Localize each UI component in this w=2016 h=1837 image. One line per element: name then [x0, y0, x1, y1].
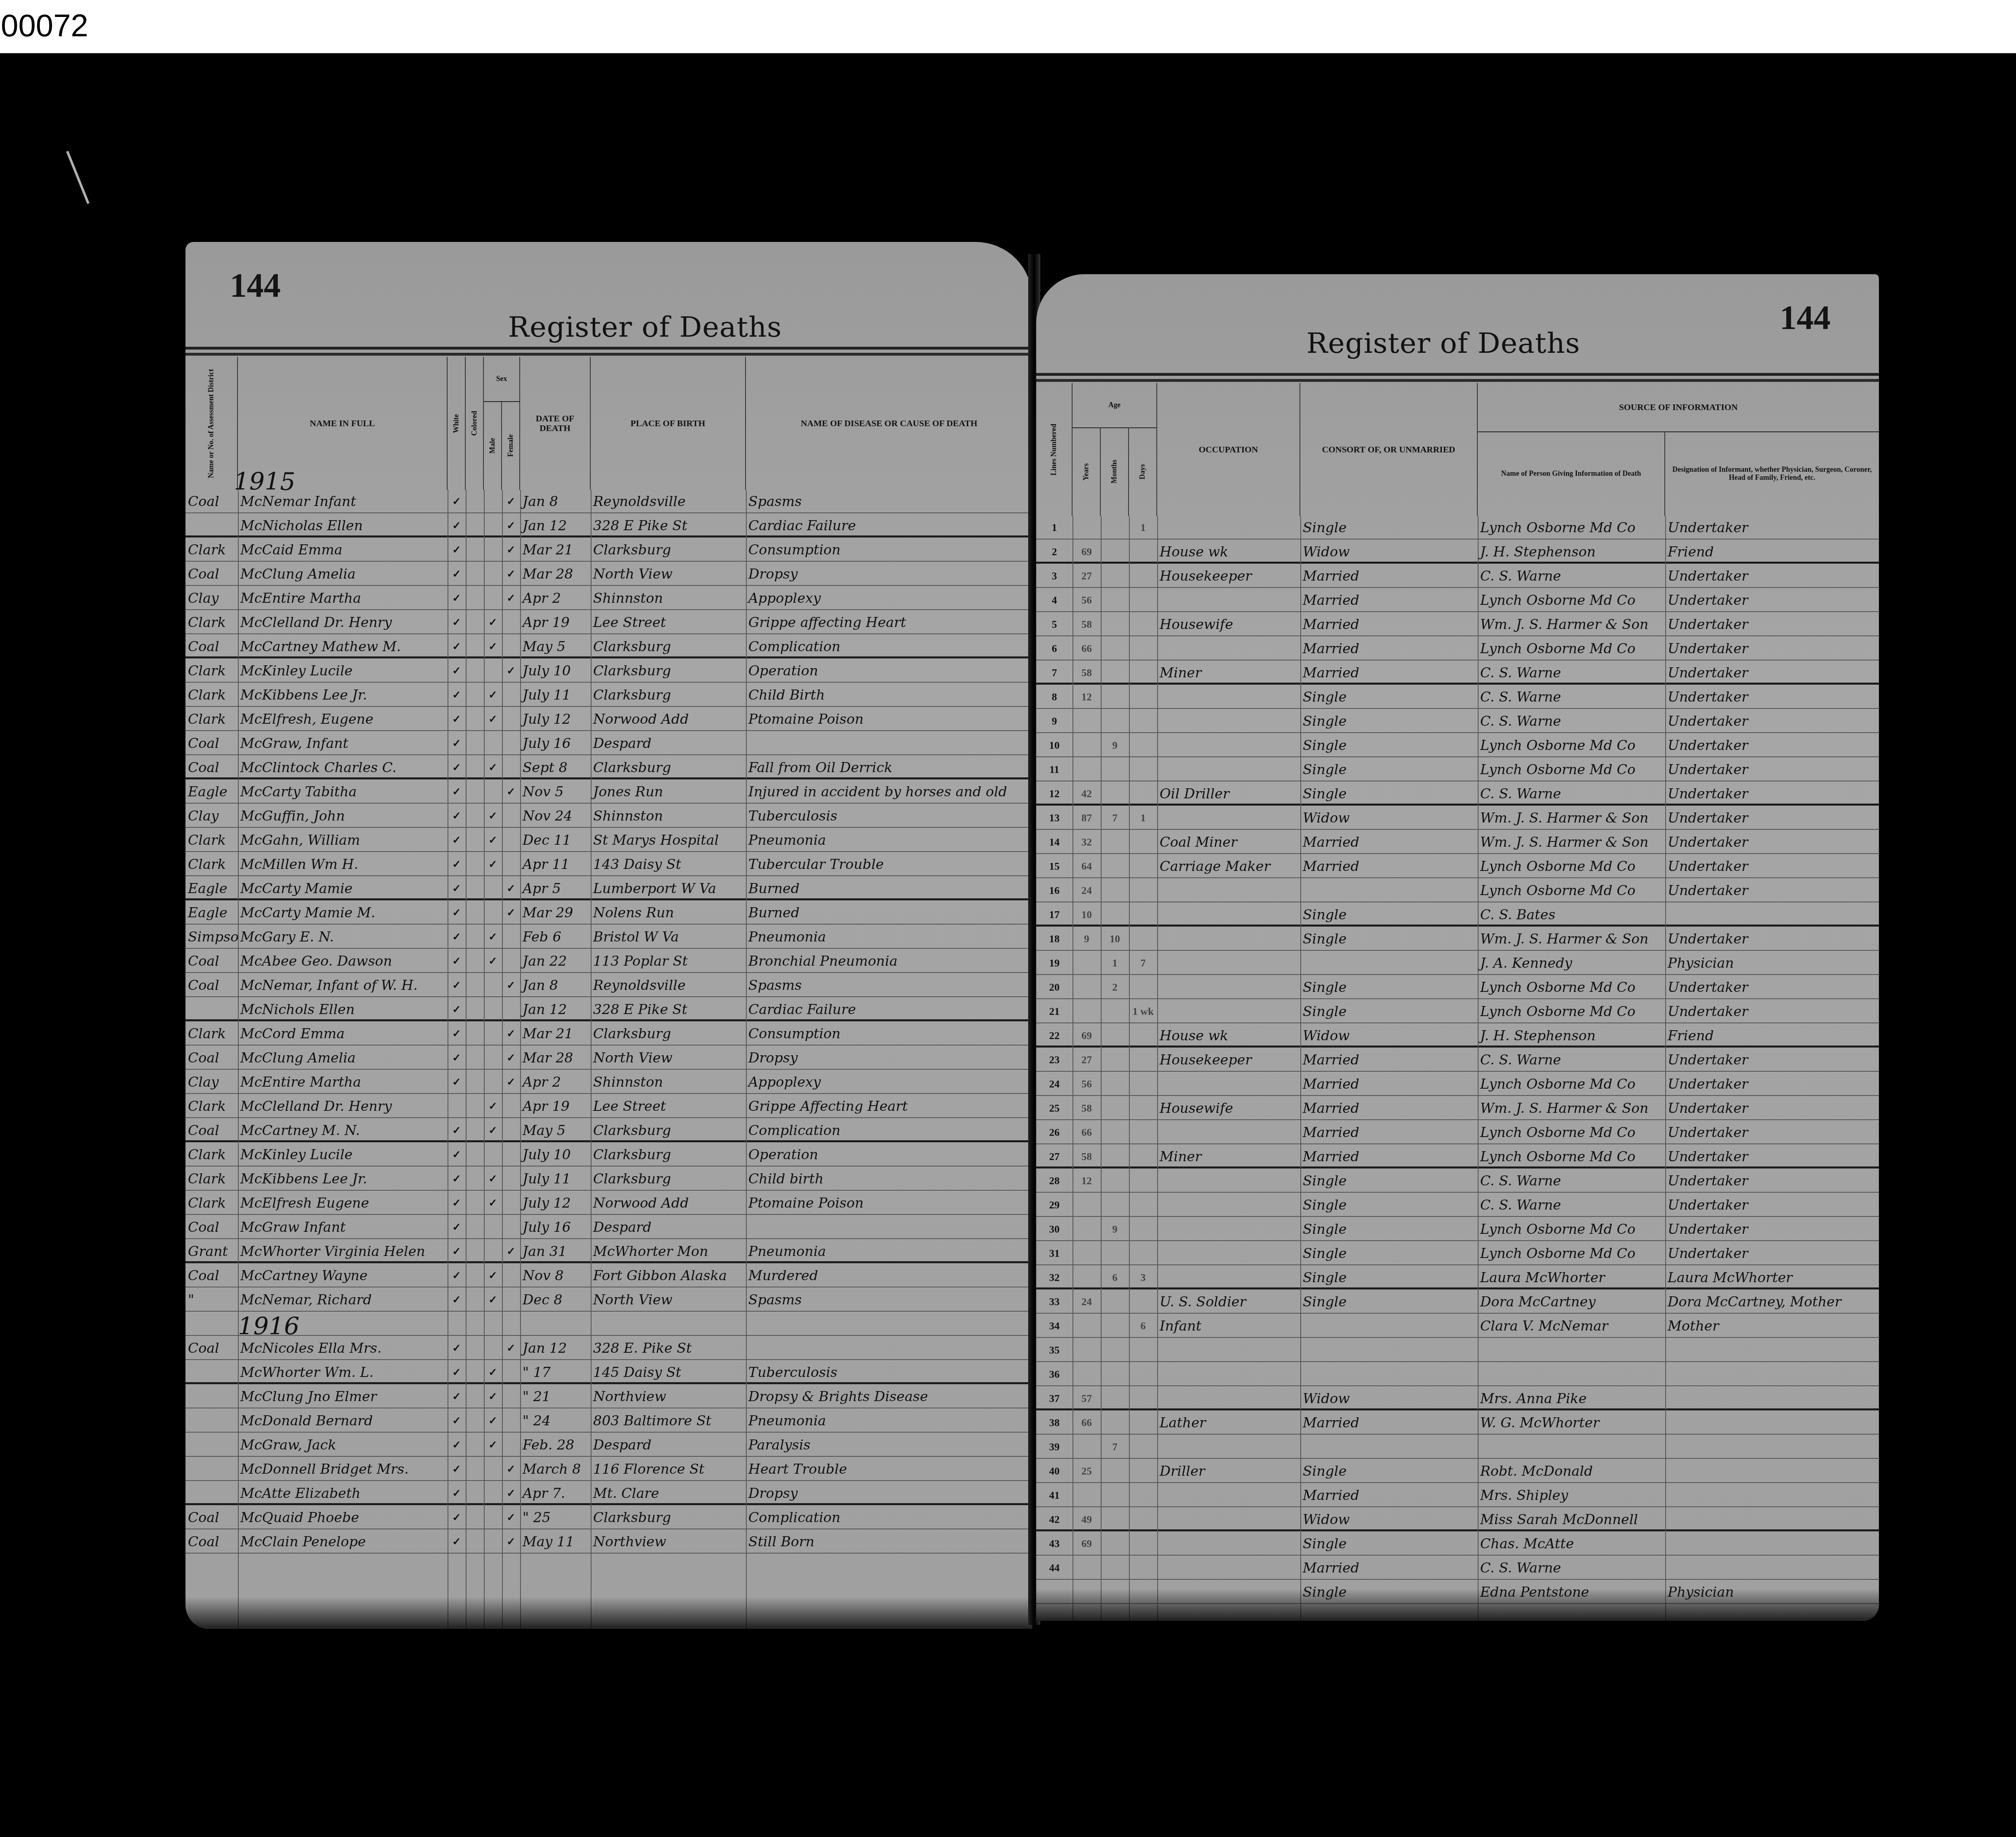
cell-informant: Wm. J. S. Harmer & Son [1478, 806, 1665, 830]
cell-date: July 12 [520, 708, 591, 731]
cell-days [1129, 1387, 1157, 1410]
cell-months [1101, 758, 1129, 781]
cell-designation: Undertaker [1665, 1193, 1879, 1217]
cell-consort [1300, 879, 1478, 902]
cell-days [1129, 661, 1157, 685]
table-row: EagleMcCarty Tabitha✓✓Nov 5Jones RunInju… [185, 780, 1032, 804]
cell-informant: Lynch Osborne Md Co [1478, 855, 1665, 878]
cell-cause: Operation [746, 1143, 1032, 1166]
cell-colored [466, 708, 484, 731]
cell-female: ✓ [502, 659, 520, 683]
cell-name: McGraw, Infant [238, 732, 448, 755]
cell-consort: Single [1300, 927, 1478, 951]
cell-cause: Consumption [746, 1022, 1032, 1046]
cell-date: Jan 22 [520, 950, 591, 973]
table-row: 456MarriedLynch Osborne Md CoUndertaker [1036, 589, 1879, 612]
cell-white: ✓ [448, 611, 466, 634]
cell-line: 41 [1036, 1484, 1073, 1507]
cell-occupation: Housekeeper [1157, 564, 1300, 588]
cell-place: Despard [591, 1216, 746, 1239]
cell-line: 40 [1036, 1460, 1073, 1483]
page-shadow [1036, 1589, 1879, 1621]
cell-days [1129, 879, 1157, 902]
cell-line: 15 [1036, 855, 1073, 878]
cell-cause: Spasms [746, 974, 1032, 997]
cell-line: 18 [1036, 927, 1073, 951]
cell-days [1129, 976, 1157, 999]
cell-informant: Wm. J. S. Harmer & Son [1478, 831, 1665, 854]
cell-female: ✓ [502, 1071, 520, 1094]
cell-days [1129, 1073, 1157, 1096]
cell-district: Clark [185, 829, 238, 852]
cell-days: 1 [1129, 806, 1157, 830]
cell-line: 27 [1036, 1145, 1073, 1168]
cell-female [502, 1167, 520, 1191]
cell-line: 35 [1036, 1339, 1073, 1362]
cell-colored [466, 925, 484, 949]
cell-cause [746, 1312, 1032, 1336]
cell-years [1073, 758, 1101, 781]
frame-header-bar: 00072 [0, 0, 2016, 53]
cell-informant: Laura McWhorter [1478, 1266, 1665, 1289]
cell-days [1129, 855, 1157, 878]
table-row: ClarkMcElfresh Eugene✓✓July 12Norwood Ad… [185, 1191, 1032, 1215]
cell-male: ✓ [484, 853, 502, 876]
cell-name: McQuaid Phoebe [238, 1506, 448, 1529]
cell-months [1101, 1556, 1129, 1580]
cell-district: Clark [185, 1022, 238, 1046]
cell-white: ✓ [448, 1506, 466, 1529]
cell-date: Apr 19 [520, 611, 591, 634]
cell-designation: Undertaker [1665, 734, 1879, 757]
cell-place: McWhorter Mon [591, 1240, 746, 1263]
cell-months: 10 [1101, 927, 1129, 951]
cell-designation [1665, 1363, 1879, 1386]
cell-line: 23 [1036, 1048, 1073, 1072]
cell-consort: Widow [1300, 1387, 1478, 1410]
cell-date: July 11 [520, 683, 591, 707]
cell-female: ✓ [502, 877, 520, 900]
cell-consort: Married [1300, 613, 1478, 636]
cell-male [484, 1240, 502, 1263]
cell-informant: Lynch Osborne Md Co [1478, 1121, 1665, 1144]
cell-white: ✓ [448, 1240, 466, 1263]
cell-colored [466, 998, 484, 1021]
cell-white: ✓ [448, 950, 466, 973]
cell-cause: Pneumonia [746, 1409, 1032, 1433]
cell-designation: Undertaker [1665, 1169, 1879, 1193]
cell-days [1129, 1484, 1157, 1507]
cell-white: ✓ [448, 1433, 466, 1457]
cell-years [1073, 1484, 1101, 1507]
cell-line: 2 [1036, 540, 1073, 564]
cell-cause: Spasms [746, 490, 1032, 513]
film-scratch [66, 151, 90, 204]
cell-years: 32 [1073, 831, 1101, 854]
cell-date: Apr 2 [520, 587, 591, 610]
cell-female [502, 708, 520, 731]
cell-years: 57 [1073, 1387, 1101, 1410]
cell-line: 42 [1036, 1508, 1073, 1531]
cell-colored [466, 587, 484, 610]
cell-months: 6 [1101, 1266, 1129, 1289]
cell-male: ✓ [484, 1409, 502, 1433]
cell-place: Lee Street [591, 1095, 746, 1118]
table-row: 4249WidowMiss Sarah McDonnell [1036, 1508, 1879, 1531]
cell-days [1129, 1242, 1157, 1265]
table-row: ClarkMcClelland Dr. Henry✓✓Apr 19Lee Str… [185, 611, 1032, 634]
cell-informant: Lynch Osborne Md Co [1478, 1073, 1665, 1096]
cell-occupation: Miner [1157, 1145, 1300, 1168]
cell-white: ✓ [448, 1458, 466, 1481]
cell-occupation: Lather [1157, 1411, 1300, 1435]
cell-name: McClain Penelope [238, 1530, 448, 1554]
cell-months: 1 [1101, 952, 1129, 975]
cell-district [185, 1385, 238, 1408]
cell-months: 7 [1101, 1435, 1129, 1459]
cell-place: North View [591, 1288, 746, 1312]
cell-place: Clarksburg [591, 683, 746, 707]
table-row: CoalMcGraw, Infant✓July 16Despard [185, 732, 1032, 755]
cell-white [448, 1312, 466, 1336]
cell-years: 27 [1073, 564, 1101, 588]
table-row: McNicholas Ellen✓✓Jan 12328 E Pike StCar… [185, 514, 1032, 537]
cell-female: ✓ [502, 1240, 520, 1263]
cell-date: Nov 8 [520, 1264, 591, 1287]
cell-name: McKinley Lucile [238, 1143, 448, 1166]
cell-cause: Spasms [746, 1288, 1032, 1312]
cell-place: Clarksburg [591, 1022, 746, 1046]
cell-years: 24 [1073, 1290, 1101, 1314]
cell-designation: Undertaker [1665, 637, 1879, 660]
cell-months [1101, 540, 1129, 564]
table-row: SimpsonMcGary E. N.✓✓Feb 6Bristol W VaPn… [185, 925, 1032, 949]
cell-informant: Mrs. Shipley [1478, 1484, 1665, 1507]
cell-line: 24 [1036, 1073, 1073, 1096]
cell-consort: Widow [1300, 1024, 1478, 1048]
cell-male: ✓ [484, 756, 502, 779]
cell-line: 34 [1036, 1314, 1073, 1338]
cell-occupation [1157, 1073, 1300, 1096]
cell-consort: Married [1300, 831, 1478, 854]
cell-date: Nov 5 [520, 780, 591, 804]
cell-female [502, 1288, 520, 1312]
cell-consort: Married [1300, 1411, 1478, 1435]
cell-white [448, 1095, 466, 1118]
ledger-book: 144 Register of Deaths Name or No. of As… [185, 242, 1879, 1629]
table-row: 36 [1036, 1363, 1879, 1386]
cell-date: July 16 [520, 1216, 591, 1239]
cell-occupation [1157, 1266, 1300, 1289]
cell-district: Clay [185, 804, 238, 828]
cell-female [502, 1385, 520, 1408]
cell-name: McClelland Dr. Henry [238, 1095, 448, 1118]
cell-consort: Married [1300, 661, 1478, 685]
cell-place: Despard [591, 1433, 746, 1457]
cell-months [1101, 1363, 1129, 1386]
cell-years [1073, 1339, 1101, 1362]
cell-informant: C. S. Warne [1478, 782, 1665, 806]
cell-name: McGraw Infant [238, 1216, 448, 1239]
cell-line: 44 [1036, 1556, 1073, 1580]
cell-white: ✓ [448, 974, 466, 997]
cell-informant: C. S. Warne [1478, 1048, 1665, 1072]
header-occupation: Occupation [1157, 383, 1300, 516]
cell-cause [746, 1216, 1032, 1239]
cell-days [1129, 1145, 1157, 1168]
table-row: 1564Carriage MakerMarriedLynch Osborne M… [1036, 855, 1879, 878]
cell-colored [466, 1361, 484, 1384]
cell-cause: Heart Trouble [746, 1458, 1032, 1481]
cell-months [1101, 782, 1129, 806]
table-row: CoalMcClain Penelope✓✓May 11NorthviewSti… [185, 1530, 1032, 1554]
cell-date: July 16 [520, 732, 591, 755]
table-row: ClayMcEntire Martha✓✓Apr 2ShinnstonAppop… [185, 1071, 1032, 1094]
cell-months [1101, 589, 1129, 612]
cell-designation [1665, 1339, 1879, 1362]
cell-date: Jan 12 [520, 514, 591, 537]
cell-colored [466, 974, 484, 997]
cell-occupation: Driller [1157, 1460, 1300, 1483]
cell-consort: Single [1300, 976, 1478, 999]
cell-years: 64 [1073, 855, 1101, 878]
cell-date: " 21 [520, 1385, 591, 1408]
cell-female [502, 635, 520, 658]
cell-line: 8 [1036, 685, 1073, 709]
cell-place: 113 Poplar St [591, 950, 746, 973]
cell-male: ✓ [484, 925, 502, 949]
cell-male [484, 901, 502, 925]
cell-colored [466, 1385, 484, 1408]
cell-date: Mar 28 [520, 1046, 591, 1070]
cell-white: ✓ [448, 756, 466, 779]
cell-male [484, 1337, 502, 1360]
cell-place: Clarksburg [591, 1119, 746, 1142]
cell-designation: Undertaker [1665, 564, 1879, 588]
cell-district: Clark [185, 1143, 238, 1166]
cell-name: McCartney Mathew M. [238, 635, 448, 658]
cell-years [1073, 1218, 1101, 1241]
cell-white: ✓ [448, 635, 466, 658]
left-page-title: Register of Deaths [508, 310, 782, 344]
cell-cause: Dropsy [746, 1046, 1032, 1070]
cell-consort: Married [1300, 1073, 1478, 1096]
table-row: 558HousewifeMarriedWm. J. S. Harmer & So… [1036, 613, 1879, 636]
cell-female: ✓ [502, 587, 520, 610]
column-divider [238, 490, 239, 1629]
cell-informant: Dora McCartney [1478, 1290, 1665, 1314]
header-white: White [448, 357, 466, 490]
cell-female [502, 683, 520, 707]
cell-occupation [1157, 1435, 1300, 1459]
cell-consort: Married [1300, 1484, 1478, 1507]
table-row: ClayMcGuffin, John✓✓Nov 24ShinnstonTuber… [185, 804, 1032, 828]
right-page: 144 Register of Deaths Lines Numbered Ag… [1036, 274, 1879, 1621]
cell-district [185, 1409, 238, 1433]
cell-informant [1478, 1339, 1665, 1362]
cell-place: 328 E. Pike St [591, 1337, 746, 1360]
cell-occupation [1157, 1363, 1300, 1386]
cell-name: McNemar Infant [238, 490, 448, 513]
cell-white: ✓ [448, 1264, 466, 1287]
cell-consort: Married [1300, 1048, 1478, 1072]
cell-place: Clarksburg [591, 659, 746, 683]
cell-colored [466, 635, 484, 658]
cell-informant: Robt. McDonald [1478, 1460, 1665, 1483]
cell-designation: Undertaker [1665, 1073, 1879, 1096]
cell-date: Feb. 28 [520, 1433, 591, 1457]
cell-colored [466, 514, 484, 537]
cell-name: McAbee Geo. Dawson [238, 950, 448, 973]
cell-occupation [1157, 1387, 1300, 1410]
cell-informant: Lynch Osborne Md Co [1478, 589, 1665, 612]
table-row: 211 wkSingleLynch Osborne Md CoUndertake… [1036, 1000, 1879, 1023]
cell-designation: Undertaker [1665, 1145, 1879, 1168]
cell-place: 116 Florence St [591, 1458, 746, 1481]
cell-informant: Lynch Osborne Md Co [1478, 1242, 1665, 1265]
cell-line: 4 [1036, 589, 1073, 612]
cell-informant: C. S. Bates [1478, 903, 1665, 927]
cell-colored [466, 611, 484, 634]
cell-white: ✓ [448, 901, 466, 925]
table-row: 1917J. A. KennedyPhysician [1036, 952, 1879, 975]
cell-white: ✓ [448, 1385, 466, 1408]
table-row: McDonald Bernard✓✓" 24803 Baltimore StPn… [185, 1409, 1032, 1433]
cell-male: ✓ [484, 1095, 502, 1118]
cell-date: July 10 [520, 1143, 591, 1166]
cell-designation: Undertaker [1665, 831, 1879, 854]
cell-male: ✓ [484, 1361, 502, 1384]
cell-female: ✓ [502, 538, 520, 562]
cell-designation: Mother [1665, 1314, 1879, 1338]
cell-line: 19 [1036, 952, 1073, 975]
cell-male: ✓ [484, 829, 502, 852]
cell-years: 66 [1073, 637, 1101, 660]
table-row: CoalMcGraw Infant✓July 16Despard [185, 1216, 1032, 1239]
cell-months [1101, 1193, 1129, 1217]
cell-years: 66 [1073, 1121, 1101, 1144]
cell-male: ✓ [484, 1385, 502, 1408]
cell-place: Clarksburg [591, 1143, 746, 1166]
table-row: 397 [1036, 1435, 1879, 1459]
cell-designation [1665, 1435, 1879, 1459]
cell-name: McMillen Wm H. [238, 853, 448, 876]
table-row: McAtte Elizabeth✓✓Apr 7.Mt. ClareDropsy [185, 1482, 1032, 1505]
cell-name: McNichols Ellen [238, 998, 448, 1021]
cell-colored [466, 829, 484, 852]
table-row: 269House wkWidowJ. H. StephensonFriend [1036, 540, 1879, 564]
cell-consort: Single [1300, 1169, 1478, 1193]
cell-place: 328 E Pike St [591, 514, 746, 537]
cell-consort: Married [1300, 1556, 1478, 1580]
cell-months [1101, 855, 1129, 878]
table-row: ClarkMcClelland Dr. Henry✓Apr 19Lee Stre… [185, 1095, 1032, 1118]
cell-occupation [1157, 710, 1300, 733]
cell-informant: C. S. Warne [1478, 710, 1665, 733]
cell-occupation [1157, 1000, 1300, 1023]
cell-days [1129, 1290, 1157, 1314]
cell-male [484, 490, 502, 513]
cell-place: Shinnston [591, 587, 746, 610]
header-age: Age [1073, 383, 1157, 427]
cell-male: ✓ [484, 708, 502, 731]
cell-days [1129, 782, 1157, 806]
cell-consort [1300, 1435, 1478, 1459]
cell-male [484, 562, 502, 586]
cell-cause: Ptomaine Poison [746, 708, 1032, 731]
cell-days: 7 [1129, 952, 1157, 975]
cell-years: 69 [1073, 1532, 1101, 1556]
cell-months [1101, 685, 1129, 709]
cell-name: McDonald Bernard [238, 1409, 448, 1433]
table-row: 29SingleC. S. WarneUndertaker [1036, 1193, 1879, 1217]
cell-place: Clarksburg [591, 756, 746, 779]
table-row: 202SingleLynch Osborne Md CoUndertaker [1036, 976, 1879, 999]
cell-name: McCarty Mamie M. [238, 901, 448, 925]
cell-date: Apr 5 [520, 877, 591, 900]
cell-cause: Injured in accident by horses and old [746, 780, 1032, 804]
cell-place: Lee Street [591, 611, 746, 634]
cell-months [1101, 1532, 1129, 1556]
cell-consort [1300, 1314, 1478, 1338]
table-row: 109SingleLynch Osborne Md CoUndertaker [1036, 734, 1879, 757]
cell-consort [1300, 952, 1478, 975]
cell-district: Clay [185, 1071, 238, 1094]
cell-white: ✓ [448, 1361, 466, 1384]
cell-occupation [1157, 806, 1300, 830]
cell-male [484, 1071, 502, 1094]
cell-line: 3 [1036, 564, 1073, 588]
cell-colored [466, 1433, 484, 1457]
cell-female: ✓ [502, 780, 520, 804]
cell-white: ✓ [448, 1167, 466, 1191]
header-years: Years [1073, 427, 1101, 516]
cell-district: Clark [185, 659, 238, 683]
cell-informant: Mrs. Anna Pike [1478, 1387, 1665, 1410]
cell-name: McEntire Martha [238, 1071, 448, 1094]
cell-cause: Bronchial Pneumonia [746, 950, 1032, 973]
cell-male: ✓ [484, 683, 502, 707]
table-row: 4025DrillerSingleRobt. McDonald [1036, 1460, 1879, 1483]
right-column-headers: Lines Numbered Age Years Months Days Occ… [1036, 383, 1879, 516]
cell-white: ✓ [448, 998, 466, 1021]
cell-designation: Undertaker [1665, 806, 1879, 830]
cell-occupation [1157, 1193, 1300, 1217]
cell-informant: C. S. Warne [1478, 661, 1665, 685]
cell-male [484, 1046, 502, 1070]
left-page: 144 Register of Deaths Name or No. of As… [185, 242, 1032, 1629]
header-rule [185, 347, 1032, 356]
table-row: 11SingleLynch Osborne Md CoUndertaker [1036, 758, 1879, 781]
cell-date: " 17 [520, 1361, 591, 1384]
cell-date: Mar 28 [520, 562, 591, 586]
header-male: Male [484, 401, 502, 490]
cell-cause: Ptomaine Poison [746, 1191, 1032, 1215]
table-row [185, 1312, 1032, 1336]
table-row: "McNemar, Richard✓✓Dec 8North ViewSpasms [185, 1288, 1032, 1312]
cell-female: ✓ [502, 1530, 520, 1554]
cell-female [502, 925, 520, 949]
cell-district: Coal [185, 756, 238, 779]
cell-colored [466, 877, 484, 900]
cell-consort: Married [1300, 564, 1478, 588]
cell-cause [746, 1337, 1032, 1360]
cell-designation: Undertaker [1665, 1121, 1879, 1144]
cell-days [1129, 1508, 1157, 1531]
cell-district: Eagle [185, 877, 238, 900]
cell-name: McNicholas Ellen [238, 514, 448, 537]
cell-occupation [1157, 516, 1300, 539]
